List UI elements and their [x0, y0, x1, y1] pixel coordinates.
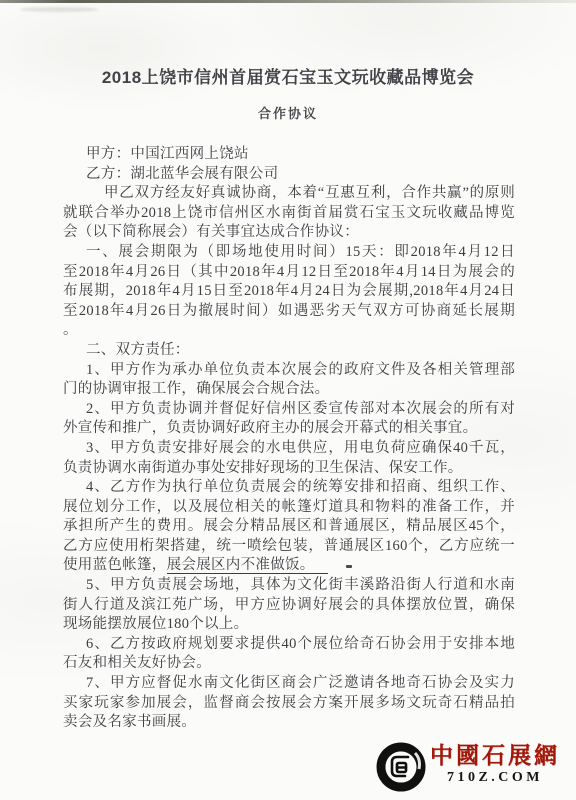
document-text: 乙方：湖北蓝华会展有限公司 [86, 166, 278, 182]
document-line: 卖会及名家书画展。 [63, 713, 515, 733]
document-text: 街人行道及滨江苑广场，甲方应协调好展会的具体摆放位置，确保 [63, 597, 515, 613]
document-line: 一、展会期限为（即场地使用时间）15天：即2018年4月12日 [63, 243, 515, 263]
document-line: 门的协调审报工作，确保展会合规合法。 [63, 380, 515, 400]
document-line: 街人行道及滨江苑广场，甲方应协调好展会的具体摆放位置，确保 [63, 596, 515, 616]
document-line: 承担所产生的费用。展会分精品展区和普通展区，精品展区45个， [63, 517, 515, 537]
underlined-text: 展会展区内不准做饭。 [167, 557, 328, 574]
document-text: 门的协调审报工作，确保展会合规合法。 [63, 381, 329, 397]
document-text: 石友和相关友好协会。 [63, 655, 211, 671]
watermark-logo: 中國石展網 710Z.COM [375, 741, 560, 793]
document-line: 至2018年4月26日为撤展时间）如遇恶劣天气双方可协商延长展期 [63, 302, 515, 322]
document-text: 卖会及名家书画展。 [63, 714, 196, 730]
document-line: 就联合举办2018上饶市信州区水南街首届赏石宝玉文玩收藏品博览 [63, 204, 515, 224]
document-text: 4、乙方作为执行单位负责展会的统筹安排和招商、组织工作、 [86, 479, 515, 495]
document-text: 1、甲方作为承办单位负责本次展会的政府文件及各相关管理部 [86, 362, 515, 378]
document-text: 甲方：中国江西网上饶站 [86, 146, 249, 162]
document-text: 至2018年4月26日为撤展时间）如遇恶劣天气双方可协商延长展期 [63, 303, 515, 319]
document-text: 2、甲方负责协调并督促好信州区委宣传部对本次展会的所有对 [86, 401, 515, 417]
document-line: 1、甲方作为承办单位负责本次展会的政府文件及各相关管理部 [63, 361, 515, 381]
document-line: 乙方应使用桁架搭建，统一喷绘包装，普通展区160个，乙方应统一 [63, 537, 515, 557]
watermark-site-name: 中國石展網 [430, 741, 560, 771]
scanned-document-page: 2018上饶市信州首届赏石宝玉文玩收藏品博览会 合作协议 甲方：中国江西网上饶站… [0, 0, 576, 800]
document-line: 5、甲方负责展会场地，具体为文化街丰溪路沿街人行道和水南 [63, 576, 515, 596]
document-line: 甲乙双方经友好真诚协商，本着“互惠互利，合作共赢”的原则 [63, 184, 515, 204]
document-text: 现场能摆放展位180个以上。 [63, 616, 248, 632]
document-text: 承担所产生的费用。展会分精品展区和普通展区，精品展区45个， [63, 518, 515, 534]
document-line: 外宣传和推广，负责协调好政府主办的展会开幕式的相关事宜。 [63, 419, 515, 439]
document-text: 买家玩家参加展会，监督商会按展会方案开展多场文玩奇石精品拍 [63, 695, 515, 711]
document-line: 二、双方责任： [63, 341, 515, 361]
document-line: 会（以下简称展会）有关事宜达成合作协议： [63, 223, 515, 243]
document-text: 负责协调水南街道办事处安排好现场的卫生保洁、保安工作。 [63, 460, 463, 476]
document-text: 至2018年4月26日（其中2018年4月12日至2018年4月14日为展会的 [63, 264, 515, 280]
document-line: 布展期，2018年4月15日至2018年4月24日为会展期,2018年4月24日 [63, 282, 515, 302]
document-line: 4、乙方作为执行单位负责展会的统筹安排和招商、组织工作、 [63, 478, 515, 498]
scan-smudge-artifact [20, 7, 98, 12]
document-text: 会（以下简称展会）有关事宜达成合作协议： [63, 224, 359, 240]
stone-seal-icon [375, 741, 427, 793]
document-text: 乙方应使用桁架搭建，统一喷绘包装，普通展区160个，乙方应统一 [63, 538, 515, 554]
document-line: 3、甲方负责安排好展会的水电供应，用电负荷应确保40千瓦， [63, 439, 515, 459]
document-text: 甲乙双方经友好真诚协商，本着“互惠互利，合作共赢”的原则 [104, 185, 515, 201]
scan-edge-artifact [0, 0, 576, 3]
document-line: 甲方：中国江西网上饶站 [63, 145, 515, 165]
document-line: 。 [63, 321, 515, 341]
document-line: 负责协调水南街道办事处安排好现场的卫生保洁、保安工作。 [63, 459, 515, 479]
document-text: 3、甲方负责安排好展会的水电供应，用电负荷应确保40千瓦， [86, 440, 515, 456]
document-subtitle: 合作协议 [0, 105, 576, 123]
document-line: 展位划分工作，以及展位相关的帐篷灯道具和物料的准备工作，并 [63, 498, 515, 518]
watermark-site-url: 710Z.COM [447, 770, 543, 786]
watermark-text: 中國石展網 710Z.COM [430, 741, 560, 786]
document-line: 至2018年4月26日（其中2018年4月12日至2018年4月14日为展会的 [63, 263, 515, 283]
document-text: 使用蓝色帐篷， [63, 557, 167, 573]
document-line: 买家玩家参加展会，监督商会按展会方案开展多场文玩奇石精品拍 [63, 694, 515, 714]
document-text: 5、甲方负责展会场地，具体为文化街丰溪路沿街人行道和水南 [86, 577, 515, 593]
document-line: 乙方：湖北蓝华会展有限公司 [63, 165, 515, 185]
document-text: 二、双方责任： [86, 342, 190, 358]
document-text: 就联合举办2018上饶市信州区水南街首届赏石宝玉文玩收藏品博览 [63, 205, 515, 221]
document-line: 现场能摆放展位180个以上。 [63, 615, 515, 635]
document-line: 2、甲方负责协调并督促好信州区委宣传部对本次展会的所有对 [63, 400, 515, 420]
document-text: 一、展会期限为（即场地使用时间）15天：即2018年4月12日 [86, 244, 515, 260]
document-text: 7、甲方应督促水南文化街区商会广泛邀请各地奇石协会及实力 [86, 675, 515, 691]
document-line: 6、乙方按政府规划要求提供40个展位给奇石协会用于安排本地 [63, 635, 515, 655]
document-text: 6、乙方按政府规划要求提供40个展位给奇石协会用于安排本地 [86, 636, 515, 652]
document-title: 2018上饶市信州首届赏石宝玉文玩收藏品博览会 [30, 66, 546, 90]
ink-speck-artifact [346, 565, 352, 568]
document-body: 甲方：中国江西网上饶站乙方：湖北蓝华会展有限公司甲乙双方经友好真诚协商，本着“互… [63, 145, 515, 733]
document-text: 展位划分工作，以及展位相关的帐篷灯道具和物料的准备工作，并 [63, 499, 515, 515]
document-line: 石友和相关友好协会。 [63, 654, 515, 674]
document-text: 。 [63, 322, 78, 338]
document-text: 布展期，2018年4月15日至2018年4月24日为会展期,2018年4月24日 [63, 283, 515, 299]
document-line: 使用蓝色帐篷，展会展区内不准做饭。 [63, 556, 515, 576]
document-text: 外宣传和推广，负责协调好政府主办的展会开幕式的相关事宜。 [63, 420, 477, 436]
document-line: 7、甲方应督促水南文化街区商会广泛邀请各地奇石协会及实力 [63, 674, 515, 694]
